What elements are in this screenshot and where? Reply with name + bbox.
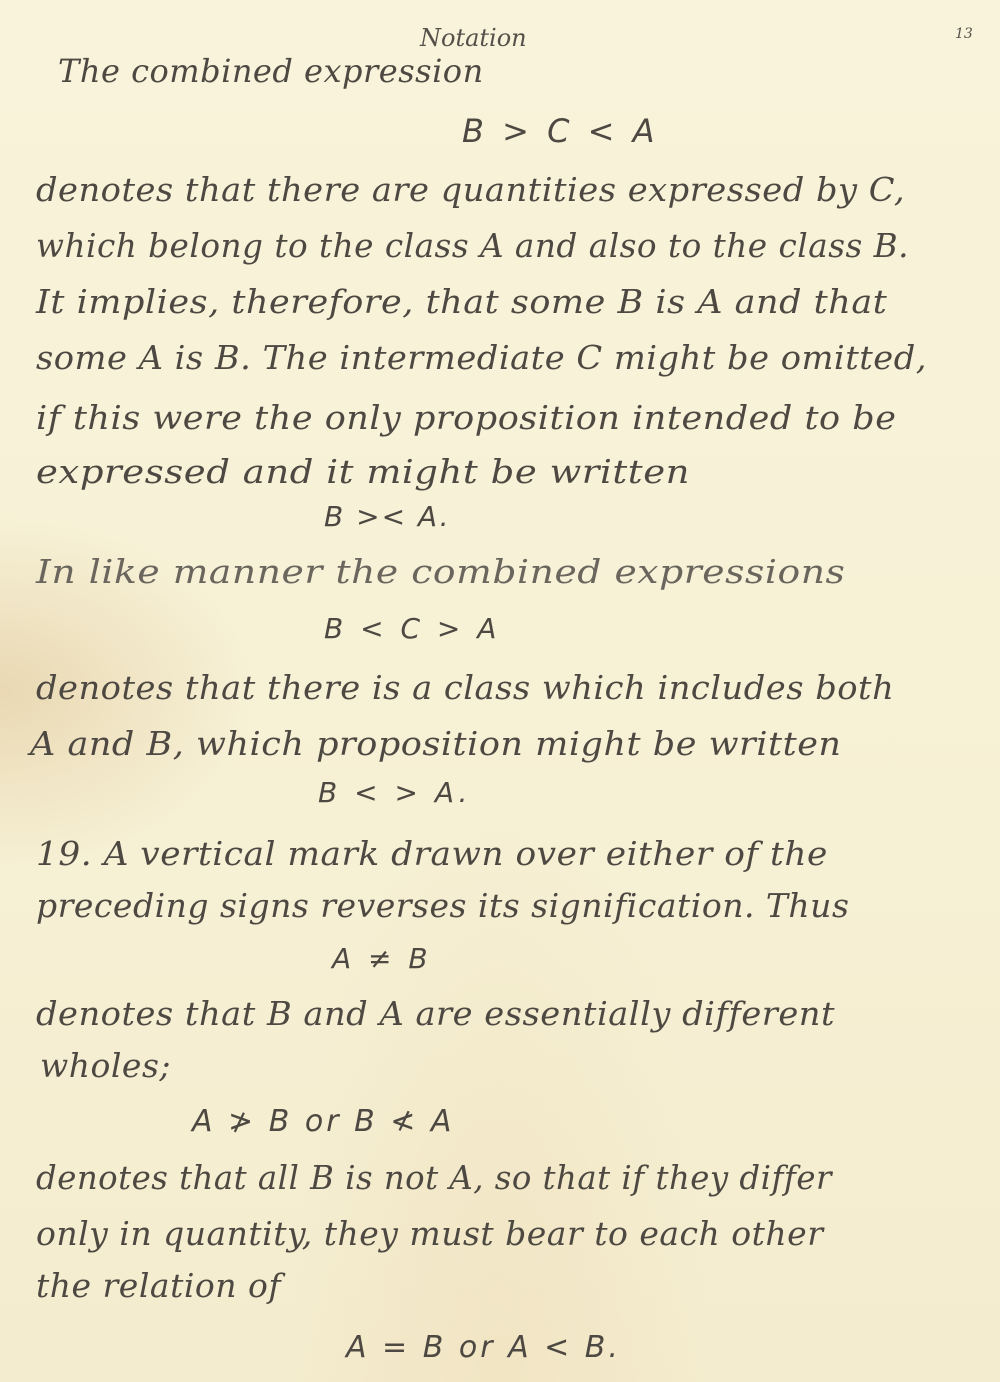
- text-line: denotes that B and A are essentially dif…: [36, 994, 835, 1033]
- formula-a-ngtr-b-or-b-nless-a: A ≯ B or B ≮ A: [192, 1104, 454, 1139]
- formula-b-ltgt-a: B < > A.: [318, 776, 471, 809]
- text-line: only in quantity, they must bear to each…: [36, 1214, 823, 1253]
- formula-b-gt-c-lt-a: B > C < A: [462, 112, 659, 150]
- text-line: which belong to the class A and also to …: [36, 226, 909, 265]
- formula-b-gtlt-a: B >< A.: [324, 500, 451, 533]
- text-line: The combined expression: [58, 52, 484, 90]
- text-line: if this were the only proposition intend…: [36, 398, 896, 437]
- formula-a-eq-b-or-a-lt-b: A = B or A < B.: [346, 1330, 621, 1365]
- formula-b-lt-c-gt-a: B < C > A: [324, 612, 500, 645]
- text-line: In like manner the combined expressions: [36, 552, 845, 591]
- text-line: denotes that there are quantities expres…: [36, 170, 905, 209]
- formula-a-neq-b: A ≠ B: [332, 942, 432, 975]
- text-line: some A is B. The intermediate C might be…: [36, 338, 927, 377]
- text-line: denotes that all B is not A, so that if …: [36, 1158, 832, 1197]
- text-line: It implies, therefore, that some B is A …: [36, 282, 887, 321]
- text-line: A and B, which proposition might be writ…: [30, 724, 841, 763]
- page-number: 13: [955, 26, 973, 42]
- text-line: preceding signs reverses its significati…: [36, 886, 849, 925]
- text-line: expressed and it might be written: [36, 452, 690, 491]
- manuscript-page: Notation 13 The combined expression B > …: [0, 0, 1000, 1382]
- text-line: wholes;: [40, 1046, 171, 1085]
- text-line: the relation of: [36, 1266, 281, 1305]
- text-line-section-19: 19. A vertical mark drawn over either of…: [36, 834, 828, 873]
- page-header-title: Notation: [420, 24, 527, 52]
- text-line: denotes that there is a class which incl…: [36, 668, 894, 707]
